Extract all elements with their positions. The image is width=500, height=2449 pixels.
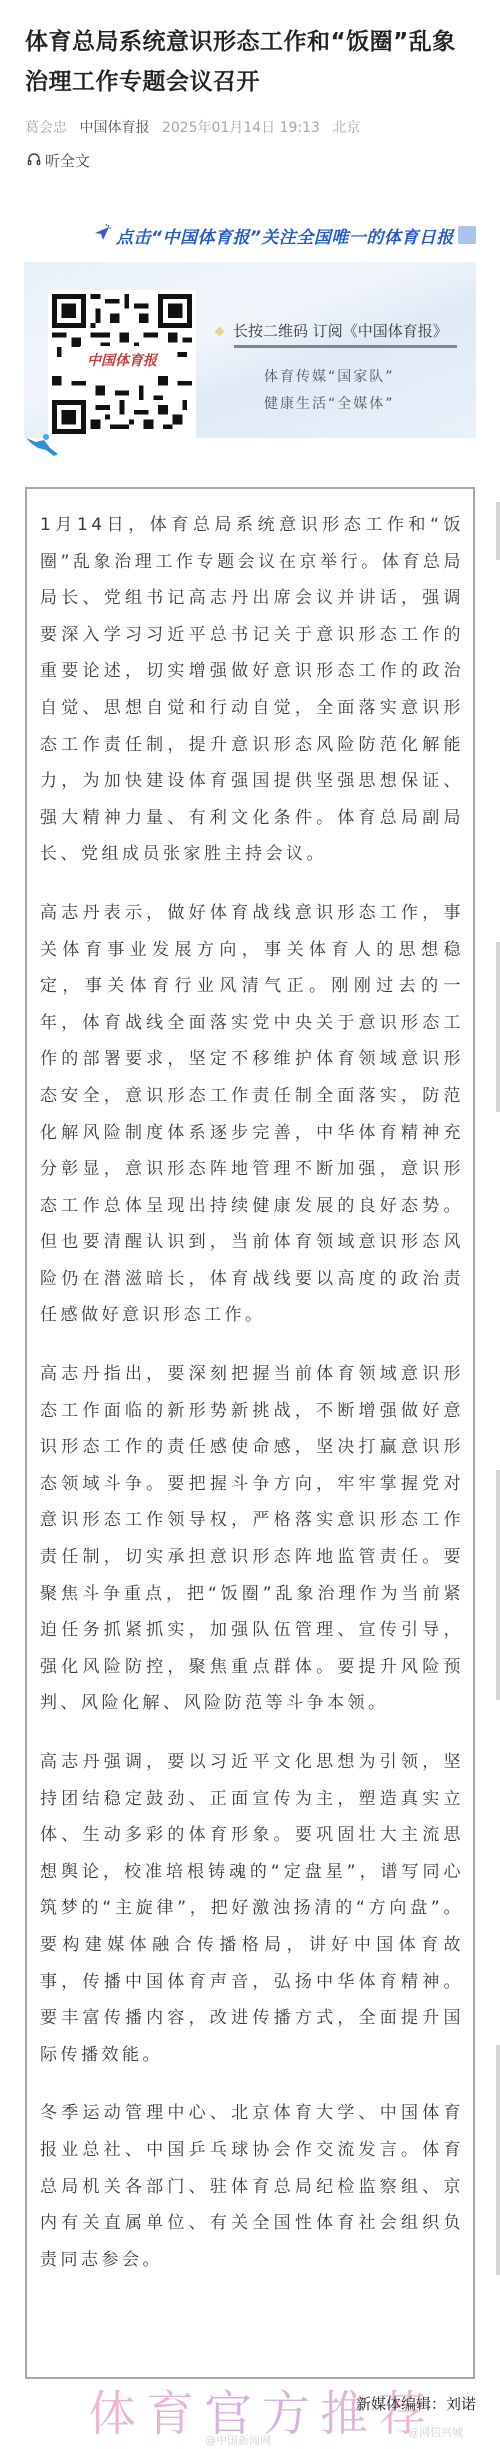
paragraph: 冬季运动管理中心、北京体育大学、中国体育报业总社、中国乒乓球协会作交流发言。体育… (40, 2095, 464, 2278)
scrollbar-segment[interactable] (496, 942, 500, 1112)
follow-promo[interactable]: 点击“中国体育报”关注全国唯一的体育日报 (92, 220, 482, 250)
paragraph: 1月14日，体育总局系统意识形态工作和“饭圈”乱象治理工作专题会议在京举行。体育… (40, 507, 464, 873)
cursor-click-icon (92, 223, 112, 247)
article-meta: 葛会忠 中国体育报 2025年01月14日 19:13 北京 (25, 117, 360, 137)
slogan-2: 健康生活“全媒体” (264, 393, 395, 413)
author: 葛会忠 (25, 120, 67, 136)
paragraph: 高志丹表示，做好体育战线意识形态工作，事关体育事业发展方向，事关体育人的思想稳定… (40, 895, 464, 1334)
promo-headline: 点击“中国体育报”关注全国唯一的体育日报 (116, 223, 454, 248)
slogan-1: 体育传媒“国家队” (264, 366, 395, 386)
runner-icon (24, 432, 60, 462)
listen-label: 听全文 (45, 150, 90, 171)
paragraph: 高志丹强调，要以习近平文化思想为引领，坚持团结稳定鼓劲、正面宣传为主，塑造真实立… (40, 1744, 464, 2073)
article-body: 1月14日，体育总局系统意识形态工作和“饭圈”乱象治理工作专题会议在京举行。体育… (25, 487, 475, 2379)
scrollbar-segment[interactable] (496, 1470, 500, 1700)
listen-button[interactable]: 听全文 (27, 150, 90, 171)
newspaper-icon (458, 226, 476, 244)
publish-datetime: 2025年01月14日 19:13 (162, 120, 320, 136)
article-title: 体育总局系统意识形态工作和“饭圈”乱象治理工作专题会议召开 (25, 22, 475, 102)
scrollbar-segment[interactable] (496, 502, 500, 560)
scrollbar-segment[interactable] (496, 2045, 500, 2275)
subscribe-underline (234, 345, 457, 348)
paragraph: 高志丹指出，要深刻把握当前体育领域意识形态工作面临的新形势新挑战，不断增强做好意… (40, 1356, 464, 1722)
location: 北京 (332, 120, 360, 136)
subscribe-instruction: 长按二维码 订阅《中国体育报》 (216, 320, 448, 341)
qr-logo: 中国体育报 (80, 346, 164, 374)
qr-code[interactable]: 中国体育报 (48, 290, 196, 438)
source-link[interactable]: 中国体育报 (79, 120, 149, 136)
weibo-watermark: @网信兴城 (408, 2424, 463, 2440)
headphones-icon (27, 152, 41, 170)
editor-credit: 新媒体编辑：刘诺 (356, 2393, 476, 2414)
weibo-watermark: @中国新闻网 (205, 2432, 271, 2448)
